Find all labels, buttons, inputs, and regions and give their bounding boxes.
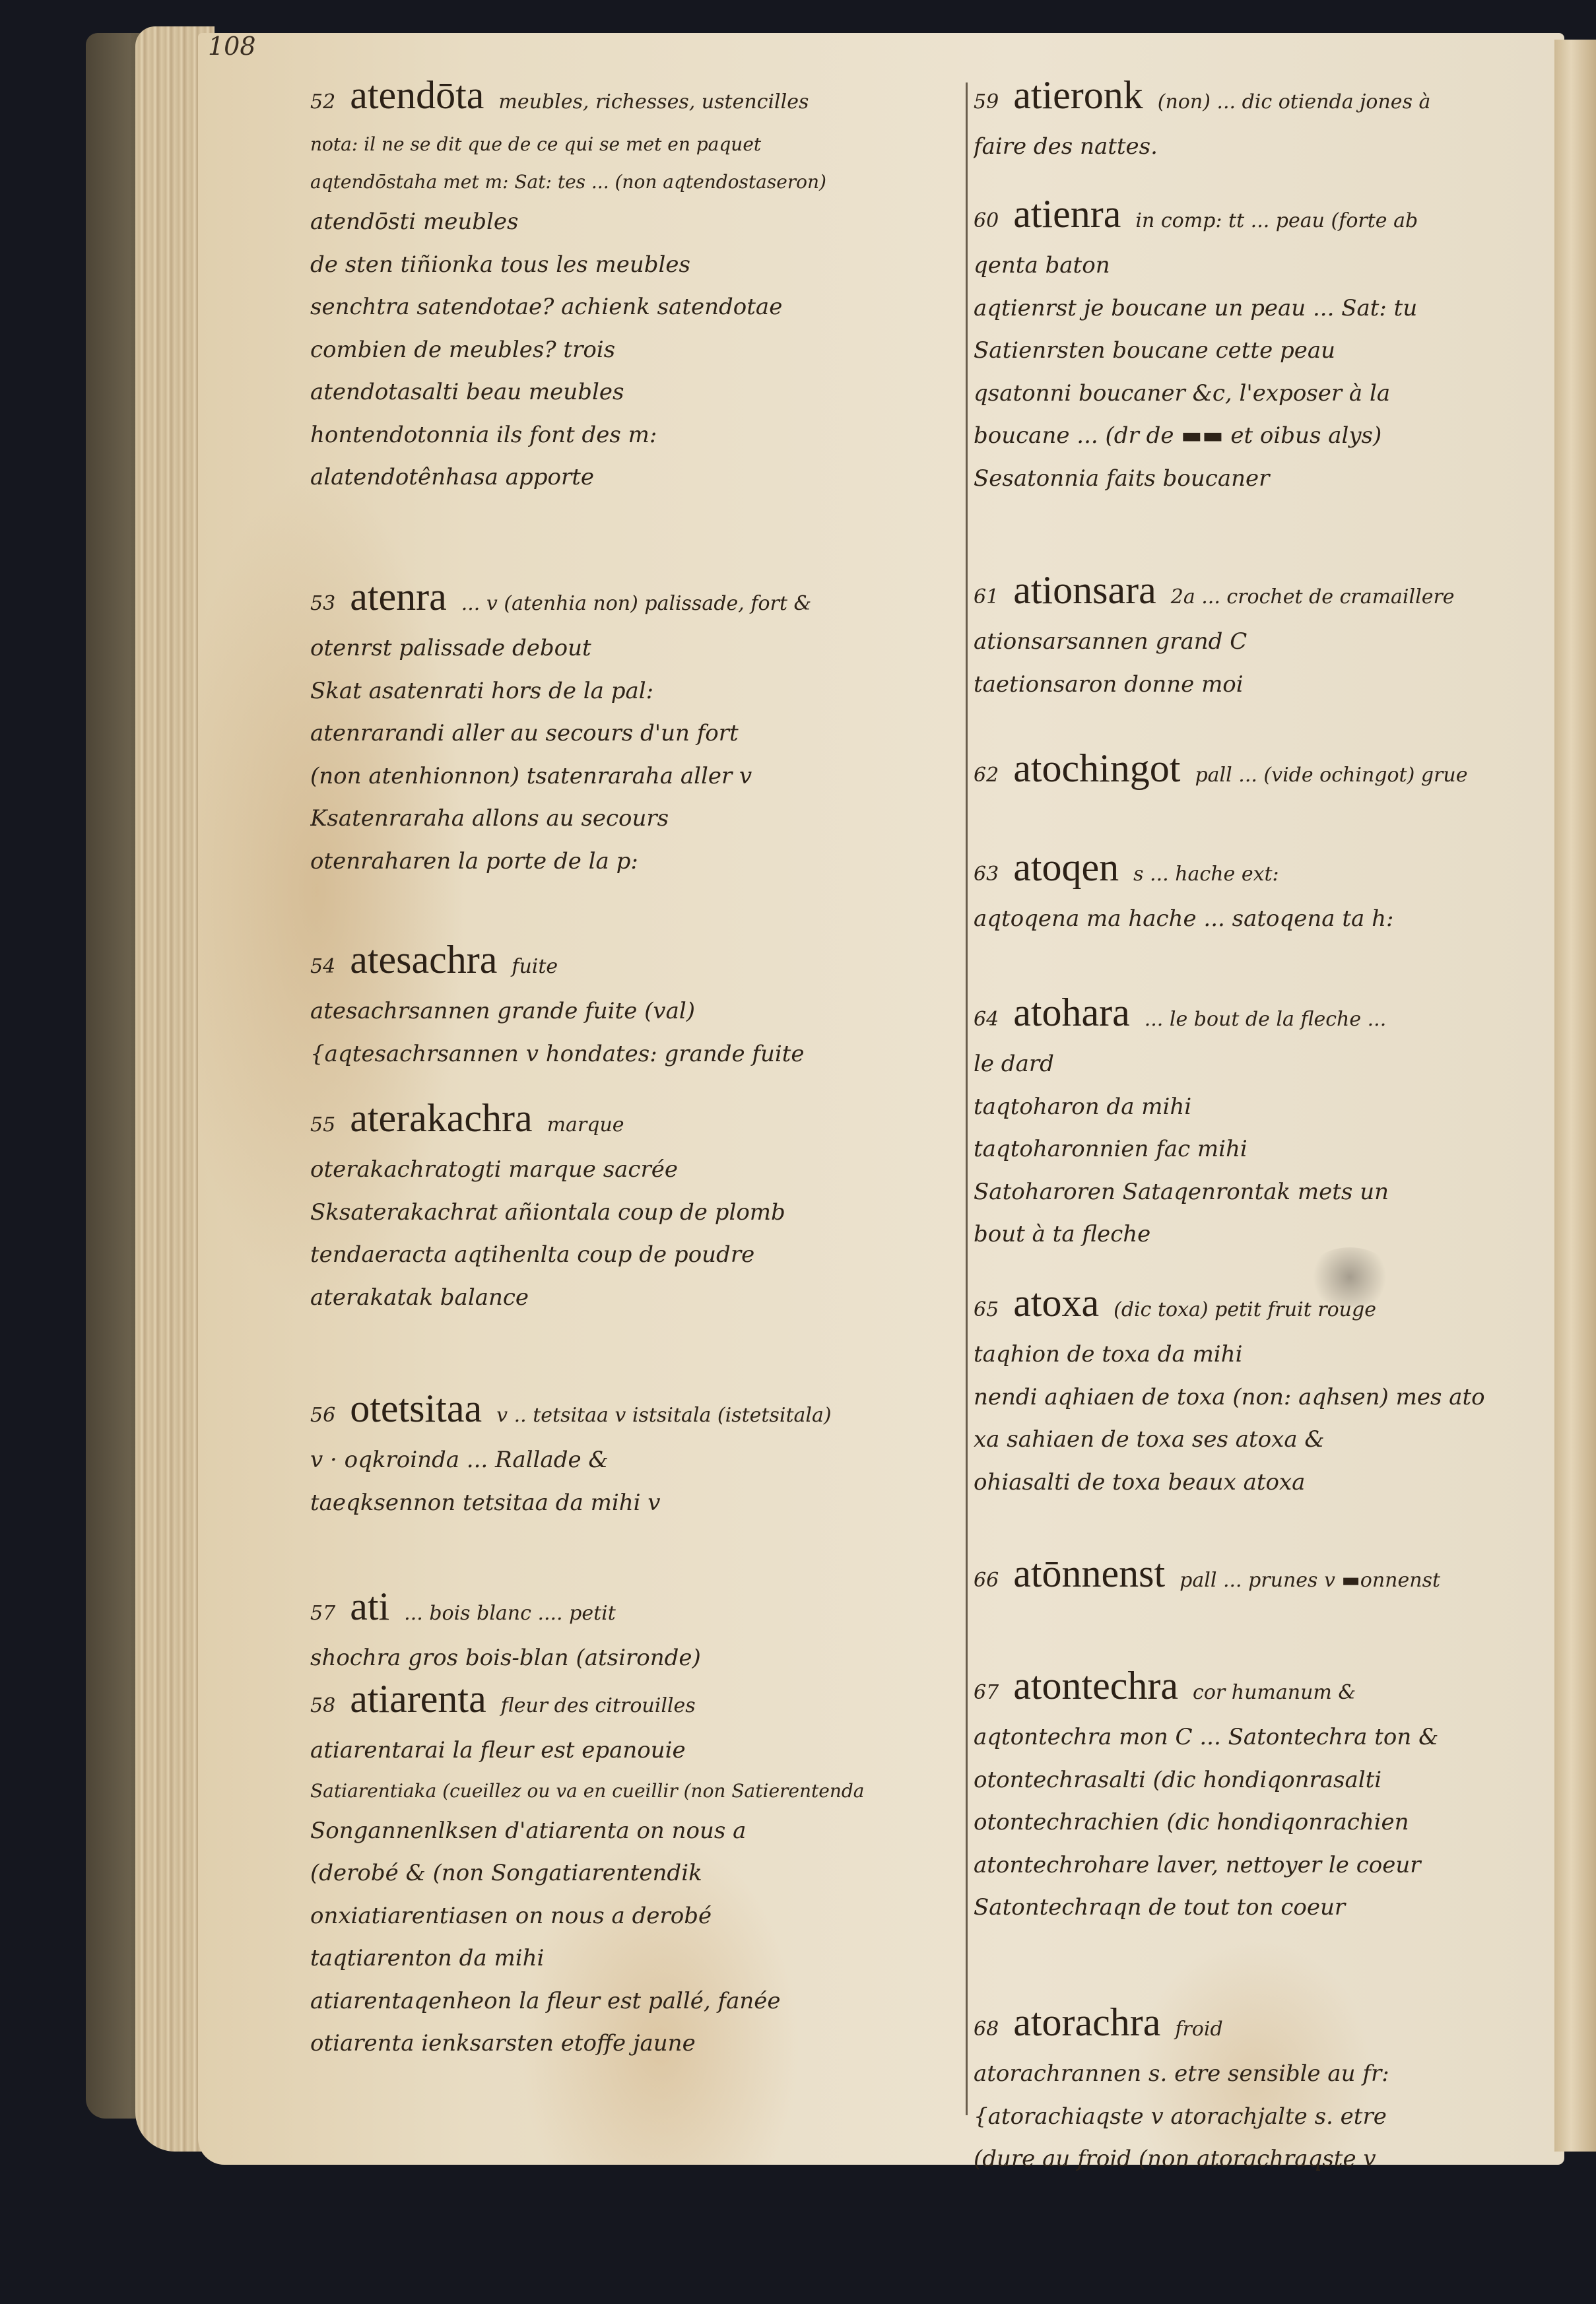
entry-line: Satienrsten boucane cette peau	[974, 337, 1554, 365]
entry-heading: 66atōnnenstpall ... prunes v ▬onnenst	[974, 1551, 1554, 1596]
entry-headword: atohara	[1013, 990, 1130, 1036]
dictionary-entry: 56otetsitaav .. tetsitaa v istsitala (is…	[310, 1386, 964, 1517]
facing-page-edge	[1554, 40, 1596, 2152]
entry-line: boucane ... (dr de ▬▬ et oibus alys)	[974, 422, 1554, 450]
entry-gloss: v .. tetsitaa v istsitala (istetsitala)	[496, 1404, 831, 1427]
dictionary-entry: 66atōnnenstpall ... prunes v ▬onnenst	[974, 1551, 1554, 1596]
entry-heading: 52atendōtameubles, richesses, ustencille…	[310, 73, 964, 118]
entry-headword: ationsara	[1013, 568, 1156, 613]
entry-line: alatendotênhasa apporte	[310, 463, 964, 492]
entry-line: qenta baton	[974, 251, 1554, 280]
entry-heading: 68atorachrafroid	[974, 2000, 1554, 2045]
entry-line: faire des nattes.	[974, 133, 1554, 161]
entry-heading: 67atontechracor humanum &	[974, 1663, 1554, 1709]
entry-headword: atenra	[350, 574, 447, 620]
entry-gloss: fuite	[512, 955, 558, 978]
dictionary-entry: 62atochingotpall ... (vide ochingot) gru…	[974, 746, 1554, 791]
entry-line: {atorachiaqste v atorachjalte s. etre	[974, 2103, 1554, 2131]
entry-line: tendaeracta aqtihenlta coup de poudre	[310, 1241, 964, 1269]
dictionary-entry: 54atesachrafuiteatesachrsannen grande fu…	[310, 937, 964, 1068]
entry-number: 52	[310, 90, 335, 114]
entry-line: atontechrohare laver, nettoyer le coeur	[974, 1851, 1554, 1880]
entry-headword: atontechra	[1013, 1663, 1178, 1709]
entry-gloss: pall ... (vide ochingot) grue	[1195, 764, 1467, 787]
entry-heading: 53atenra... v (atenhia non) palissade, f…	[310, 574, 964, 620]
entry-line: atorachrannen s. etre sensible au fr:	[974, 2060, 1554, 2088]
dictionary-entry: 68atorachrafroidatorachrannen s. etre se…	[974, 2000, 1554, 2173]
entry-number: 58	[310, 1694, 335, 1717]
entry-line: otenrst palissade debout	[310, 634, 964, 663]
entry-line: de sten tiñionka tous les meubles	[310, 251, 964, 279]
entry-gloss: meubles, richesses, ustencilles	[498, 90, 809, 114]
entry-line: Skat asatenrati hors de la pal:	[310, 677, 964, 706]
entry-heading: 54atesachrafuite	[310, 937, 964, 983]
entry-line: ohiasalti de toxa beaux atoxa	[974, 1468, 1554, 1497]
entry-line: v · oqkroinda ... Rallade &	[310, 1446, 964, 1474]
entry-line: atendotasalti beau meubles	[310, 378, 964, 407]
entry-heading: 59atieronk(non) ... dic otienda jones à	[974, 73, 1554, 118]
entry-line: aqtendōstaha met m: Sat: tes ... (non aq…	[310, 170, 964, 193]
entry-line: combien de meubles? trois	[310, 336, 964, 364]
entry-heading: 60atienrain comp: tt ... peau (forte ab	[974, 191, 1554, 237]
entry-line: taeqksennon tetsitaa da mihi v	[310, 1489, 964, 1517]
dictionary-entry: 67atontechracor humanum &aqtontechra mon…	[974, 1663, 1554, 1922]
entry-headword: atieronk	[1013, 73, 1143, 118]
entry-number: 53	[310, 592, 335, 615]
entry-gloss: pall ... prunes v ▬onnenst	[1180, 1569, 1440, 1592]
entry-number: 59	[974, 90, 999, 114]
dictionary-entry: 59atieronk(non) ... dic otienda jones àf…	[974, 73, 1554, 161]
entry-gloss: marque	[547, 1113, 624, 1136]
dictionary-entry: 55aterakachramarqueoterakachratogti marq…	[310, 1096, 964, 1311]
entry-line: taqtiarenton da mihi	[310, 1944, 964, 1973]
entry-headword: atesachra	[350, 937, 497, 983]
dictionary-entry: 57ati... bois blanc .... petitshochra gr…	[310, 1584, 964, 1672]
entry-gloss: froid	[1175, 2018, 1222, 2041]
entry-line: Songannenlksen d'atiarenta on nous a	[310, 1817, 964, 1845]
entry-line: Sksaterakachrat añiontala coup de plomb	[310, 1199, 964, 1227]
entry-heading: 65atoxa(dic toxa) petit fruit rouge	[974, 1280, 1554, 1326]
entry-headword: atorachra	[1013, 2000, 1160, 2045]
entry-heading: 55aterakachramarque	[310, 1096, 964, 1141]
entry-headword: atoqen	[1013, 845, 1119, 890]
entry-line: (non atenhionnon) tsatenraraha aller v	[310, 762, 964, 791]
entry-headword: atoxa	[1013, 1280, 1099, 1326]
entry-headword: aterakachra	[350, 1096, 532, 1141]
entry-line: (derobé & (non Songatiarentendik	[310, 1859, 964, 1888]
dictionary-entry: 64atohara... le bout de la fleche ...le …	[974, 990, 1554, 1249]
entry-line: {aqtesachrsannen v hondates: grande fuit…	[310, 1040, 964, 1069]
entry-line: taqtoharonnien fac mihi	[974, 1135, 1554, 1164]
entry-heading: 61ationsara2a ... crochet de cramaillere	[974, 568, 1554, 613]
entry-number: 60	[974, 209, 999, 232]
entry-number: 64	[974, 1008, 999, 1031]
entry-line: aterakatak balance	[310, 1284, 964, 1312]
entry-line: ationsarsannen grand C	[974, 628, 1554, 656]
entry-line: aqtoqena ma hache ... satoqena ta h:	[974, 905, 1554, 933]
dictionary-entry: 53atenra... v (atenhia non) palissade, f…	[310, 574, 964, 875]
entry-line: otiarenta ienksarsten etoffe jaune	[310, 2029, 964, 2058]
entry-line: otontechrasalti (dic hondiqonrasalti	[974, 1766, 1554, 1794]
entry-line: shochra gros bois-blan (atsironde)	[310, 1644, 964, 1672]
entry-heading: 56otetsitaav .. tetsitaa v istsitala (is…	[310, 1386, 964, 1432]
entry-line: taetionsaron donne moi	[974, 671, 1554, 699]
page-number: 108	[208, 32, 256, 61]
entry-gloss: (dic toxa) petit fruit rouge	[1114, 1298, 1376, 1321]
entry-heading: 64atohara... le bout de la fleche ...	[974, 990, 1554, 1036]
entry-gloss: cor humanum &	[1193, 1681, 1356, 1704]
entry-line: otontechrachien (dic hondiqonrachien	[974, 1808, 1554, 1837]
entry-number: 56	[310, 1404, 335, 1427]
entry-line: (dure au froid (non atorachraqste v	[974, 2145, 1554, 2173]
entry-number: 65	[974, 1298, 999, 1321]
entry-line: Satontechraqn de tout ton coeur	[974, 1893, 1554, 1922]
entry-headword: ati	[350, 1584, 389, 1629]
entry-number: 63	[974, 863, 999, 886]
entry-line: Satiarentiaka (cueillez ou va en cueilli…	[310, 1779, 964, 1802]
dictionary-entry: 52atendōtameubles, richesses, ustencille…	[310, 73, 964, 492]
entry-number: 68	[974, 2018, 999, 2041]
entry-line: senchtra satendotae? achienk satendotae	[310, 293, 964, 321]
entry-line: hontendotonnia ils font des m:	[310, 421, 964, 449]
dictionary-entry: 61ationsara2a ... crochet de cramaillere…	[974, 568, 1554, 698]
entry-headword: otetsitaa	[350, 1386, 482, 1432]
column-divider	[966, 82, 968, 2115]
entry-line: taqtoharon da mihi	[974, 1093, 1554, 1121]
entry-line: Satoharoren Sataqenrontak mets un	[974, 1178, 1554, 1206]
entry-gloss: ... v (atenhia non) palissade, fort &	[461, 592, 811, 615]
entry-number: 66	[974, 1569, 999, 1592]
entry-gloss: ... bois blanc .... petit	[404, 1602, 616, 1625]
entry-line: oterakachratogti marque sacrée	[310, 1156, 964, 1184]
entry-number: 61	[974, 585, 999, 609]
entry-heading: 57ati... bois blanc .... petit	[310, 1584, 964, 1629]
dictionary-entry: 60atienrain comp: tt ... peau (forte abq…	[974, 191, 1554, 492]
entry-headword: atōnnenst	[1013, 1551, 1165, 1596]
entry-heading: 58atiarentafleur des citrouilles	[310, 1676, 964, 1722]
entry-line: atenrarandi aller au secours d'un fort	[310, 719, 964, 748]
entry-line: atiarentarai la fleur est epanouie	[310, 1736, 964, 1765]
entry-line: bout à ta fleche	[974, 1220, 1554, 1249]
entry-gloss: fleur des citrouilles	[501, 1694, 696, 1717]
entry-number: 55	[310, 1113, 335, 1136]
entry-line: atiarentaqenheon la fleur est pallé, fan…	[310, 1987, 964, 2016]
entry-line: Sesatonnia faits boucaner	[974, 465, 1554, 493]
entry-line: Ksatenraraha allons au secours	[310, 805, 964, 833]
dictionary-entry: 65atoxa(dic toxa) petit fruit rougetaqhi…	[974, 1280, 1554, 1496]
entry-line: taqhion de toxa da mihi	[974, 1340, 1554, 1369]
entry-line: nota: il ne se dit que de ce qui se met …	[310, 133, 964, 156]
entry-headword: atochingot	[1013, 746, 1180, 791]
entry-heading: 63atoqens ... hache ext:	[974, 845, 1554, 890]
entry-line: onxiatiarentiasen on nous a derobé	[310, 1902, 964, 1930]
entry-line: aqtienrst je boucane un peau ... Sat: tu	[974, 294, 1554, 323]
entry-line: xa sahiaen de toxa ses atoxa &	[974, 1426, 1554, 1454]
dictionary-entry: 63atoqens ... hache ext:aqtoqena ma hach…	[974, 845, 1554, 933]
entry-line: aqtontechra mon C ... Satontechra ton &	[974, 1723, 1554, 1752]
entry-gloss: (non) ... dic otienda jones à	[1158, 90, 1431, 114]
entry-gloss: in comp: tt ... peau (forte ab	[1135, 209, 1418, 232]
entry-gloss: ... le bout de la fleche ...	[1145, 1008, 1387, 1031]
dictionary-entry: 58atiarentafleur des citrouillesatiarent…	[310, 1676, 964, 2058]
entry-line: le dard	[974, 1050, 1554, 1078]
entry-headword: atendōta	[350, 73, 484, 118]
entry-gloss: 2a ... crochet de cramaillere	[1171, 585, 1455, 609]
entry-number: 67	[974, 1681, 999, 1704]
entry-number: 62	[974, 764, 999, 787]
entry-number: 57	[310, 1602, 335, 1625]
entry-line: otenraharen la porte de la p:	[310, 847, 964, 876]
entry-line: atesachrsannen grande fuite (val)	[310, 997, 964, 1026]
entry-line: qsatonni boucaner &c, l'exposer à la	[974, 379, 1554, 408]
entry-headword: atiarenta	[350, 1676, 486, 1722]
entry-line: atendōsti meubles	[310, 208, 964, 236]
entry-headword: atienra	[1013, 191, 1121, 237]
entry-line: nendi aqhiaen de toxa (non: aqhsen) mes …	[974, 1383, 1554, 1412]
entry-heading: 62atochingotpall ... (vide ochingot) gru…	[974, 746, 1554, 791]
entry-number: 54	[310, 955, 335, 978]
entry-gloss: s ... hache ext:	[1133, 863, 1279, 886]
